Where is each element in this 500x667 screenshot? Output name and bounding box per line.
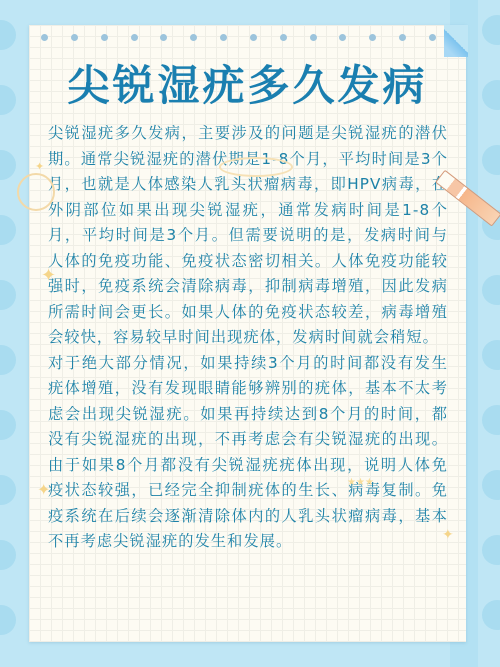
bg-circle <box>482 470 500 500</box>
swirl-decoration <box>17 173 55 211</box>
swirl-decoration <box>219 157 293 177</box>
dot <box>339 34 346 41</box>
dot <box>190 34 197 41</box>
background-left-stripe <box>0 0 18 667</box>
bg-circle <box>482 145 500 175</box>
bg-circle <box>482 80 500 110</box>
bg-circle <box>0 605 16 635</box>
dot <box>160 34 167 41</box>
article-body: 尖锐湿疣多久发病，主要涉及的问题是尖锐湿疣的潜伏期。通常尖锐湿疣的潜伏期是1-8… <box>48 121 448 555</box>
bg-circle <box>0 410 16 440</box>
dot <box>220 34 227 41</box>
bg-circle <box>482 405 500 435</box>
dot <box>71 34 78 41</box>
dot <box>310 34 317 41</box>
bg-circle <box>482 535 500 565</box>
sparkle-icon: ✦ <box>35 160 44 173</box>
bg-circle <box>0 215 16 245</box>
bg-circle <box>0 150 16 180</box>
dot <box>429 34 436 41</box>
sparkle-icon: ★★★ <box>347 477 374 488</box>
bg-circle <box>0 475 16 505</box>
paragraph-2: 对于绝大部分情况，如果持续3个月的时间都没有发生疣体增殖，没有发现眼睛能够辨别的… <box>48 351 448 555</box>
bg-circle <box>482 600 500 630</box>
bg-circle <box>482 15 500 45</box>
dot <box>250 34 257 41</box>
page-title: 尖锐湿疣多久发病 <box>29 53 466 113</box>
bg-circle <box>0 345 16 375</box>
notepaper-card: 尖锐湿疣多久发病 尖锐湿疣多久发病，主要涉及的问题是尖锐湿疣的潜伏期。通常尖锐湿… <box>29 25 466 642</box>
dot <box>369 34 376 41</box>
bg-circle <box>0 20 16 50</box>
bg-circle <box>0 540 16 570</box>
dot <box>131 34 138 41</box>
bg-circle <box>0 85 16 115</box>
dot <box>41 34 48 41</box>
sparkle-icon: ✦ <box>442 527 454 543</box>
sparkle-icon: ✦ <box>37 480 50 499</box>
sparkle-icon: ✦ <box>41 265 56 286</box>
dot <box>399 34 406 41</box>
dot <box>280 34 287 41</box>
binding-dots <box>41 34 436 42</box>
bg-circle <box>0 280 16 310</box>
bg-circle <box>482 275 500 305</box>
paragraph-1: 尖锐湿疣多久发病，主要涉及的问题是尖锐湿疣的潜伏期。通常尖锐湿疣的潜伏期是1-8… <box>48 121 448 351</box>
dot <box>101 34 108 41</box>
background-right-stripe <box>478 0 500 667</box>
bg-circle <box>482 340 500 370</box>
